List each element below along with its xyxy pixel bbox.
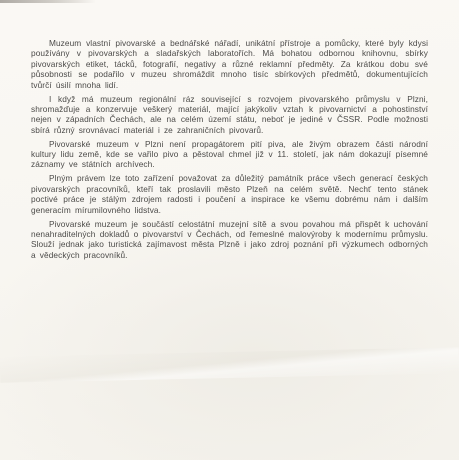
paragraph: Muzeum vlastní pivovarské a bednářské ná… [31,38,428,90]
paper-crease [0,347,459,383]
paragraph: I když má muzeum regionální ráz souvisej… [31,94,428,136]
paragraph: Pivovarské muzeum je součástí celostátní… [31,219,428,261]
paragraph: Plným právem lze toto zařízení považovat… [31,173,428,215]
scanned-page: Muzeum vlastní pivovarské a bednářské ná… [0,0,459,460]
paragraph: Pivovarské muzeum v Plzni není propagáto… [31,139,428,170]
text-block: Muzeum vlastní pivovarské a bednářské ná… [31,38,428,264]
scan-artifact-top-edge [0,0,96,3]
